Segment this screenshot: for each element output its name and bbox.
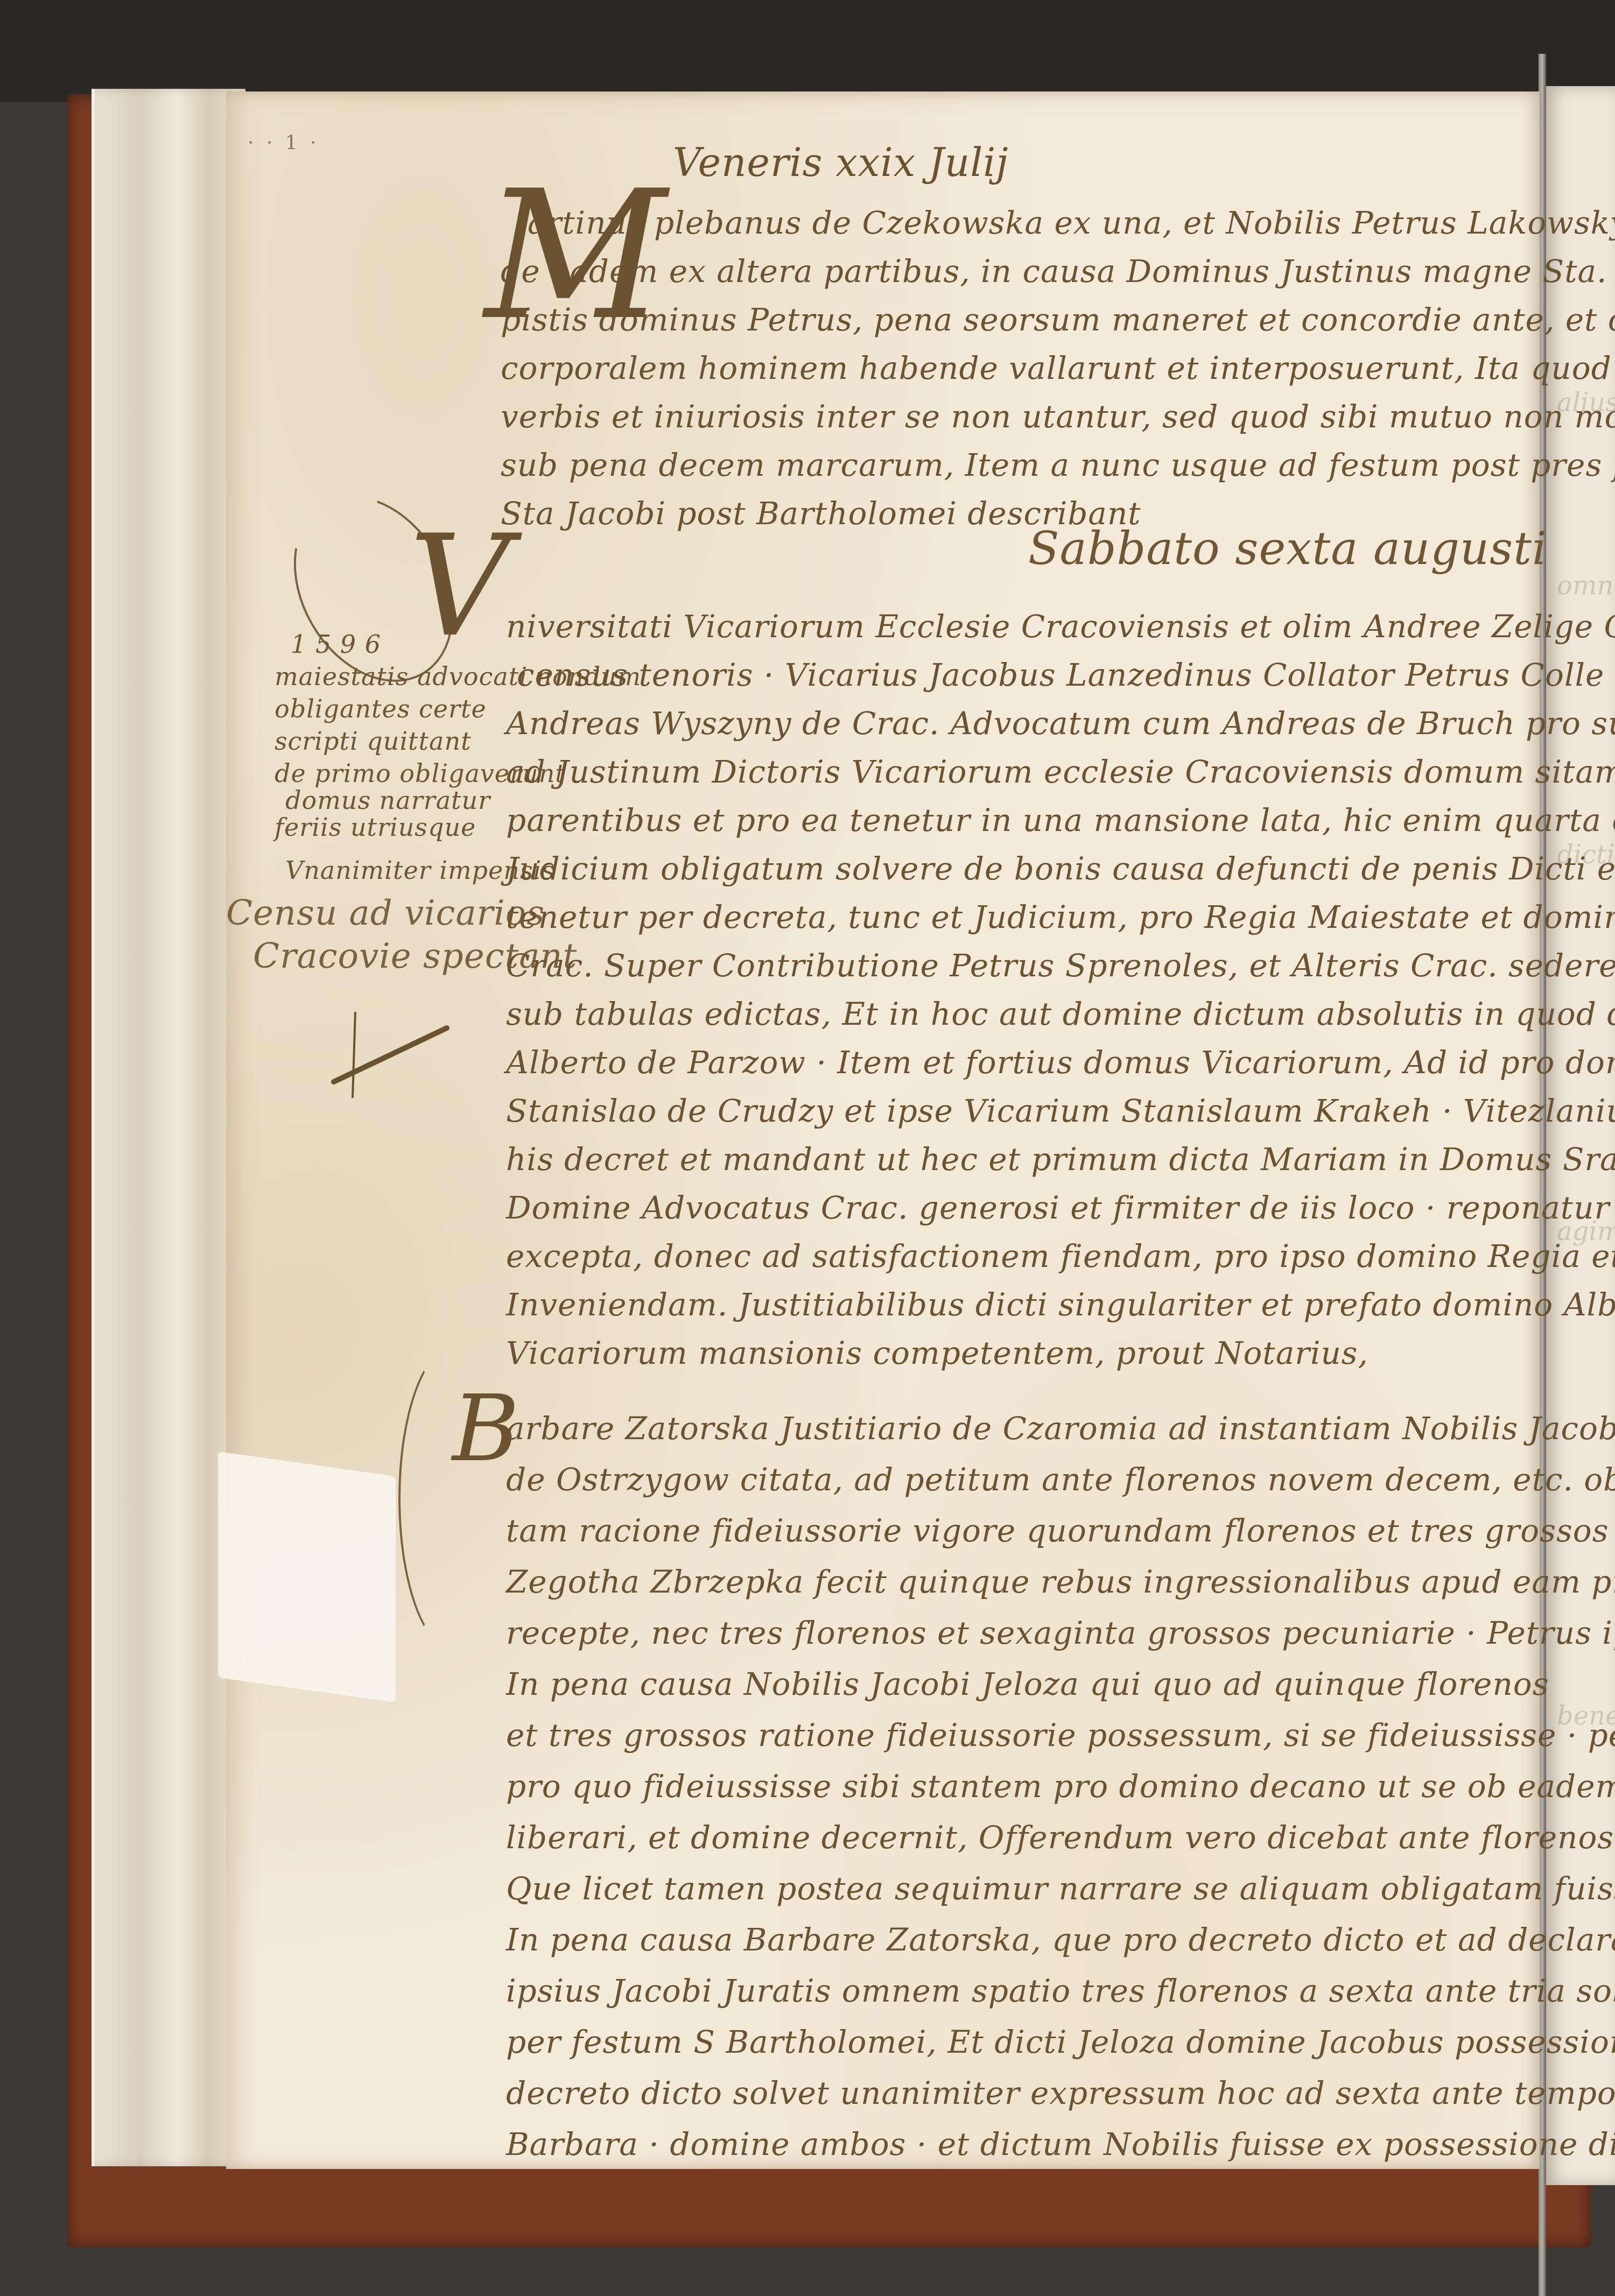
entry-2-line: parentibus et pro ea tenetur in una mans… [506, 802, 1615, 839]
entry-2-line: ad Justinum Dictoris Vicariorum ecclesie… [506, 753, 1615, 790]
entry-3-line: ipsius Jacobi Juratis omnem spatio tres … [506, 1973, 1615, 2009]
entry-3-line: In pena causa Nobilis Jacobi Jeloza qui … [506, 1666, 1549, 1702]
entry-1-line: artinus plebanus de Czekowska ex una, et… [528, 205, 1615, 241]
margin-note: 1 5 9 6 [291, 630, 381, 659]
entry-3-line: Que licet tamen postea sequimur narrare … [506, 1870, 1615, 1907]
margin-note: obligantes certe [275, 694, 487, 723]
entry-2-line: Judicium obligatum solvere de bonis caus… [506, 850, 1615, 887]
entry-2-line: Alberto de Parzow · Item et fortius domu… [506, 1044, 1615, 1081]
entry-2-line: sub tabulas edictas, Et in hoc aut domin… [506, 996, 1615, 1032]
entry-2-line: Crac. Super Contributione Petrus Sprenol… [506, 947, 1615, 984]
entry-1-line: pistis dominus Petrus, pena seorsum mane… [501, 301, 1615, 338]
entry-2-date-heading: Sabbato sexta augusti [1028, 522, 1547, 575]
entry-1-line: de eadem ex altera partibus, in causa Do… [501, 253, 1615, 290]
entry-3-line: per festum S Bartholomei, Et dicti Jeloz… [506, 2024, 1615, 2060]
entry-2-line: excepta, donec ad satisfactionem fiendam… [506, 1238, 1615, 1274]
entry-3-line: et tres grossos ratione fideiussorie pos… [506, 1717, 1615, 1753]
entry-2-line: Andreas Wyszyny de Crac. Advocatum cum A… [506, 705, 1615, 742]
entry-2-line: Stanislao de Crudzy et ipse Vicarium Sta… [506, 1093, 1615, 1129]
entry-3-line: pro quo fideiussisse sibi stantem pro do… [506, 1768, 1615, 1805]
entry-2-line: census tenoris · Vicarius Jacobus Lanzed… [517, 657, 1615, 693]
entry-1-line: corporalem hominem habende vallarunt et … [501, 350, 1615, 386]
margin-note: scripti quittant [275, 727, 472, 756]
entry-2-line: his decret et mandant ut hec et primum d… [506, 1141, 1615, 1178]
manuscript-page: · · 1 · Veneris xxix Julij M artinus ple… [226, 91, 1540, 2169]
entry-3-line: tam racione fideiussorie vigore quorunda… [506, 1512, 1615, 1549]
facing-page-text: omnes [1557, 571, 1615, 601]
entry-2-line: Inveniendam. Justitiabilibus dicti singu… [506, 1286, 1615, 1323]
paper-repair-tape [218, 1452, 396, 1702]
entry-3-line: Barbara · domine ambos · et dictum Nobil… [506, 2126, 1615, 2163]
entry-2-line: Domine Advocatus Crac. generosi et firmi… [506, 1189, 1615, 1226]
entry-1-line: verbis et iniuriosis inter se non utantu… [501, 398, 1615, 435]
entry-2-line: tenetur per decreta, tunc et Judicium, p… [506, 899, 1615, 935]
entry-3-line: Zegotha Zbrzepka fecit quinque rebus ing… [506, 1563, 1615, 1600]
entry-3-line: decreto dicto solvet unanimiter expressu… [506, 2075, 1615, 2111]
entry-3-line: arbare Zatorska Justitiario de Czaromia … [506, 1410, 1615, 1447]
entry-3-line: recepte, nec tres florenos et sexaginta … [506, 1615, 1615, 1651]
page-edges-stack [92, 89, 245, 2166]
entry-2-line: Vicariorum mansionis competentem, prout … [506, 1335, 1368, 1371]
entry-2-line: niversitati Vicariorum Ecclesie Cracovie… [506, 608, 1615, 645]
entry-3-line: In pena causa Barbare Zatorska, que pro … [506, 1921, 1615, 1958]
margin-note: domus narratur [285, 786, 490, 815]
margin-note-census: Censu ad vicarios [226, 893, 545, 933]
entry-1-line: sub pena decem marcarum, Item a nunc usq… [501, 447, 1615, 483]
folio-mark: · · 1 · [248, 132, 320, 154]
top-shadow [0, 0, 1615, 102]
entry-1-date-heading: Veneris xxix Julij [673, 140, 1009, 185]
margin-cross-mark-icon [323, 1006, 452, 1103]
entry-3-line: liberari, et domine decernit, Offerendum… [506, 1819, 1615, 1856]
margin-note: feriis utriusque [275, 813, 476, 842]
entry-3-line: de Ostrzygow citata, ad petitum ante flo… [506, 1461, 1615, 1498]
entry-2-drop-cap: V [409, 517, 510, 657]
